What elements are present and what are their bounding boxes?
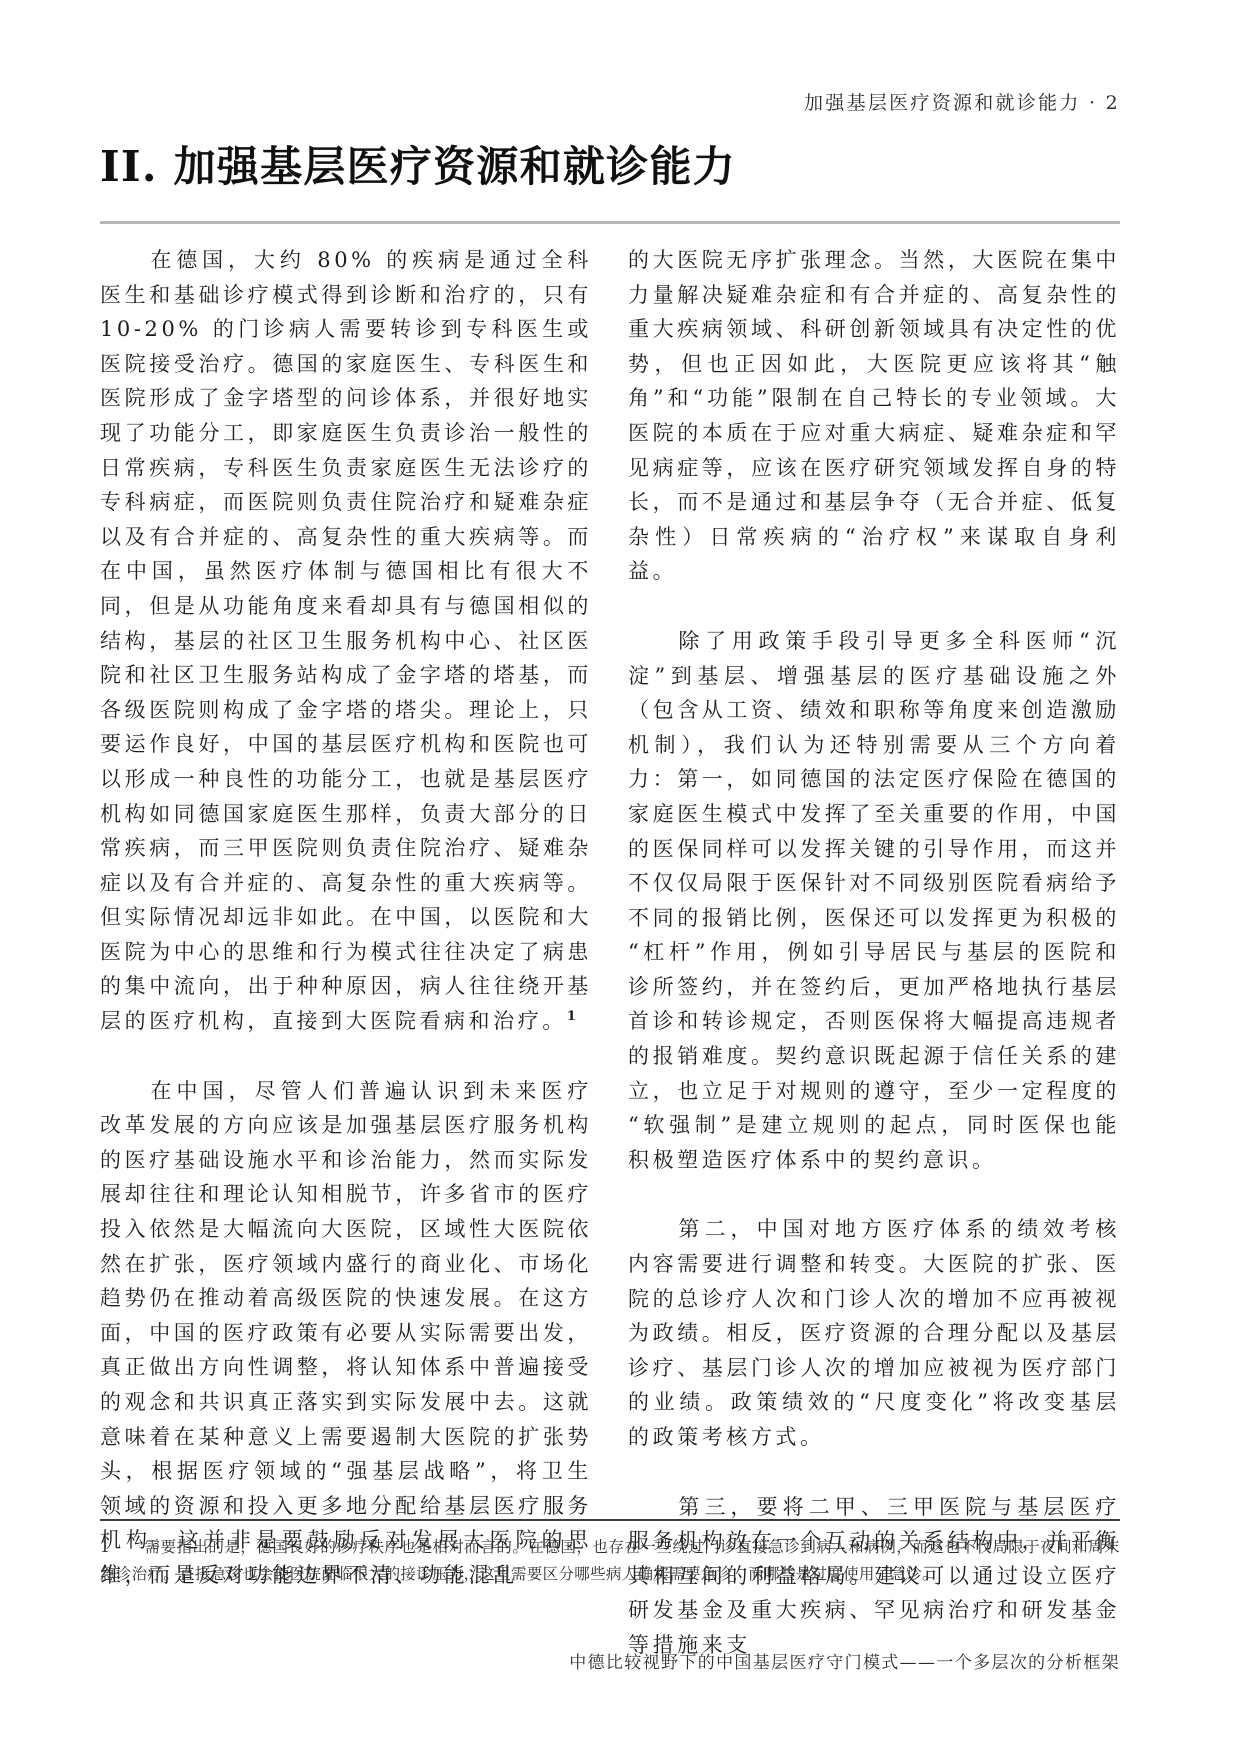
- page-title: II. 加强基层医疗资源和就诊能力: [100, 142, 1120, 192]
- title-divider: [100, 221, 1120, 224]
- body-columns: 在德国，大约 80% 的疾病是通过全科医生和基础诊疗模式得到诊断和治疗的，只有 …: [100, 243, 1120, 1663]
- paragraph-right-continuation: 的大医院无序扩张理念。当然，大医院在集中力量解决疑难杂症和有合并症的、高复杂性的…: [628, 243, 1120, 589]
- running-header: 加强基层医疗资源和就诊能力 · 2: [100, 88, 1120, 115]
- left-column: 在德国，大约 80% 的疾病是通过全科医生和基础诊疗模式得到诊断和治疗的，只有 …: [100, 243, 592, 1663]
- footnote-marker: 1: [100, 1534, 110, 1561]
- right-column: 的大医院无序扩张理念。当然，大医院在集中力量解决疑难杂症和有合并症的、高复杂性的…: [628, 243, 1120, 1663]
- paragraph-left-2: 在中国，尽管人们普遍认识到未来医疗改革发展的方向应该是加强基层医疗服务机构的医疗…: [100, 1074, 592, 1593]
- footnote: 1需要指出的是，德国良好的诊疗秩序也是相对而言的。在德国，也存在一些绕过门诊直接…: [100, 1534, 1120, 1588]
- footnote-ref: 1: [567, 1009, 576, 1024]
- footnote-divider: [100, 1519, 1120, 1521]
- paragraph-right-2: 除了用政策手段引导更多全科医师“沉淀”到基层、增强基层的医疗基础设施之外（包含从…: [628, 624, 1120, 1178]
- footnote-section: 1需要指出的是，德国良好的诊疗秩序也是相对而言的。在德国，也存在一些绕过门诊直接…: [100, 1519, 1120, 1588]
- footnote-text: 需要指出的是，德国良好的诊疗秩序也是相对而言的。在德国，也存在一些绕过门诊直接急…: [100, 1538, 1120, 1583]
- running-header-text: 加强基层医疗资源和就诊能力 · 2: [804, 92, 1120, 114]
- paragraph-left-1-text: 在德国，大约 80% 的疾病是通过全科医生和基础诊疗模式得到诊断和治疗的，只有 …: [100, 248, 592, 1033]
- page-footer-text: 中德比较视野下的中国基层医疗守门模式——一个多层次的分析框架: [569, 1653, 1120, 1673]
- page-footer: 中德比较视野下的中国基层医疗守门模式——一个多层次的分析框架: [100, 1648, 1120, 1673]
- paragraph-right-3: 第二，中国对地方医疗体系的绩效考核内容需要进行调整和转变。大医院的扩张、医院的总…: [628, 1212, 1120, 1454]
- paragraph-left-1: 在德国，大约 80% 的疾病是通过全科医生和基础诊疗模式得到诊断和治疗的，只有 …: [100, 243, 592, 1039]
- document-page: 加强基层医疗资源和就诊能力 · 2 II. 加强基层医疗资源和就诊能力 在德国，…: [0, 0, 1241, 1754]
